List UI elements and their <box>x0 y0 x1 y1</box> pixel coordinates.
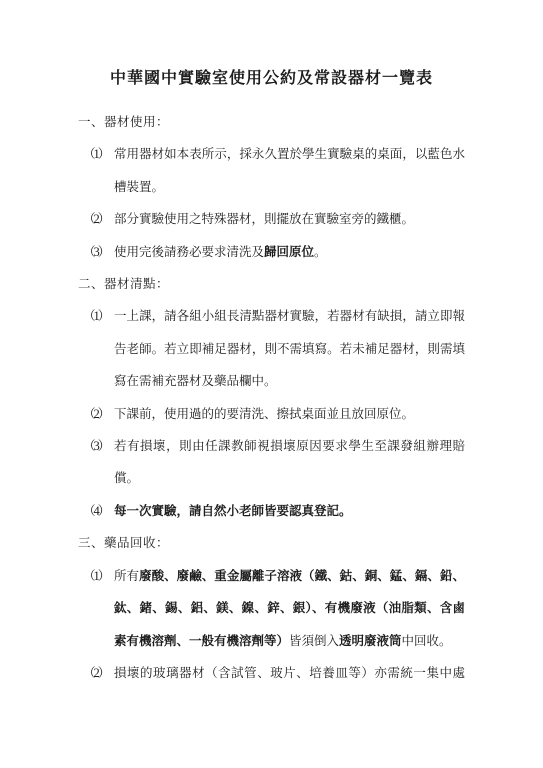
text-run: 損壞的玻璃器材（含試管、玻片、培養皿等）亦需統一集中處 <box>114 666 465 680</box>
list-item: （1）常用器材如本表所示，採永久置於學生實驗桌的桌面，以藍色水槽裝置。 <box>83 138 465 203</box>
list-item: （2）部分實驗使用之特殊器材，則擺放在實驗室旁的鐵櫃。 <box>83 203 465 235</box>
document-body: 一、器材使用：（1）常用器材如本表所示，採永久置於學生實驗桌的桌面，以藍色水槽裝… <box>78 106 465 689</box>
text-run: 透明廢液筒 <box>339 634 402 648</box>
item-text: 部分實驗使用之特殊器材，則擺放在實驗室旁的鐵櫃。 <box>114 212 414 226</box>
text-run: 下課前，使用過的的要清洗、擦拭桌面並且放回原位。 <box>114 407 414 421</box>
text-run: 一上課，請各組小組長清點器材實驗，若器材有缺損，請立即報告老師。若立即補足器材，… <box>114 309 465 388</box>
list-item: （1）所有廢酸、廢鹼、重金屬離子溶液（鐵、鈷、銅、錳、鎘、鉛、鈦、鍺、錫、鋁、鎂… <box>83 560 465 657</box>
item-text: 損壞的玻璃器材（含試管、玻片、培養皿等）亦需統一集中處 <box>114 657 465 689</box>
item-marker: （2） <box>83 203 108 235</box>
item-text: 若有損壞，則由任課教師視損壞原因要求學生至課發組辦理賠償。 <box>114 439 465 485</box>
document-title: 中華國中實驗室使用公約及常設器材一覽表 <box>78 66 465 92</box>
text-run: 若有損壞，則由任課教師視損壞原因要求學生至課發組辦理賠償。 <box>114 439 465 485</box>
item-text: 使用完後請務必要求清洗及歸回原位。 <box>114 245 327 259</box>
section-heading: 一、器材使用： <box>78 106 465 138</box>
list-item: （3）若有損壞，則由任課教師視損壞原因要求學生至課發組辦理賠償。 <box>83 430 465 495</box>
text-run: 中回收。 <box>402 634 452 648</box>
list-item: （1）一上課，請各組小組長清點器材實驗，若器材有缺損，請立即報告老師。若立即補足… <box>83 300 465 397</box>
item-marker: （3） <box>83 430 108 462</box>
list-item: （3）使用完後請務必要求清洗及歸回原位。 <box>83 236 465 268</box>
item-text: 一上課，請各組小組長清點器材實驗，若器材有缺損，請立即報告老師。若立即補足器材，… <box>114 309 465 388</box>
document-page: 中華國中實驗室使用公約及常設器材一覽表 一、器材使用：（1）常用器材如本表所示，… <box>0 0 543 768</box>
text-run: 歸回原位 <box>264 245 314 259</box>
list-item: （2）損壞的玻璃器材（含試管、玻片、培養皿等）亦需統一集中處 <box>83 657 465 689</box>
text-run: 所有 <box>114 569 139 583</box>
item-marker: （2） <box>83 657 108 689</box>
section-heading: 二、器材清點： <box>78 268 465 300</box>
item-marker: （3） <box>83 236 108 268</box>
item-marker: （1） <box>83 560 108 592</box>
item-marker: （2） <box>83 398 108 430</box>
list-item: （2）下課前，使用過的的要清洗、擦拭桌面並且放回原位。 <box>83 398 465 430</box>
item-marker: （4） <box>83 495 108 527</box>
text-run: 。 <box>314 245 327 259</box>
section-heading: 三、藥品回收： <box>78 527 465 559</box>
item-text: 所有廢酸、廢鹼、重金屬離子溶液（鐵、鈷、銅、錳、鎘、鉛、鈦、鍺、錫、鋁、鎂、鎳、… <box>114 569 465 648</box>
text-run: 常用器材如本表所示，採永久置於學生實驗桌的桌面，以藍色水槽裝置。 <box>114 147 465 193</box>
item-text: 常用器材如本表所示，採永久置於學生實驗桌的桌面，以藍色水槽裝置。 <box>114 147 465 193</box>
text-run: 部分實驗使用之特殊器材，則擺放在實驗室旁的鐵櫃。 <box>114 212 414 226</box>
item-marker: （1） <box>83 138 108 170</box>
text-run: 使用完後請務必要求清洗及 <box>114 245 264 259</box>
item-text: 每一次實驗，請自然小老師皆要認真登記。 <box>114 504 352 518</box>
item-text: 下課前，使用過的的要清洗、擦拭桌面並且放回原位。 <box>114 407 414 421</box>
item-marker: （1） <box>83 300 108 332</box>
list-item: （4）每一次實驗，請自然小老師皆要認真登記。 <box>83 495 465 527</box>
text-run: 皆須倒入 <box>289 634 339 648</box>
text-run: 每一次實驗，請自然小老師皆要認真登記。 <box>114 504 352 518</box>
